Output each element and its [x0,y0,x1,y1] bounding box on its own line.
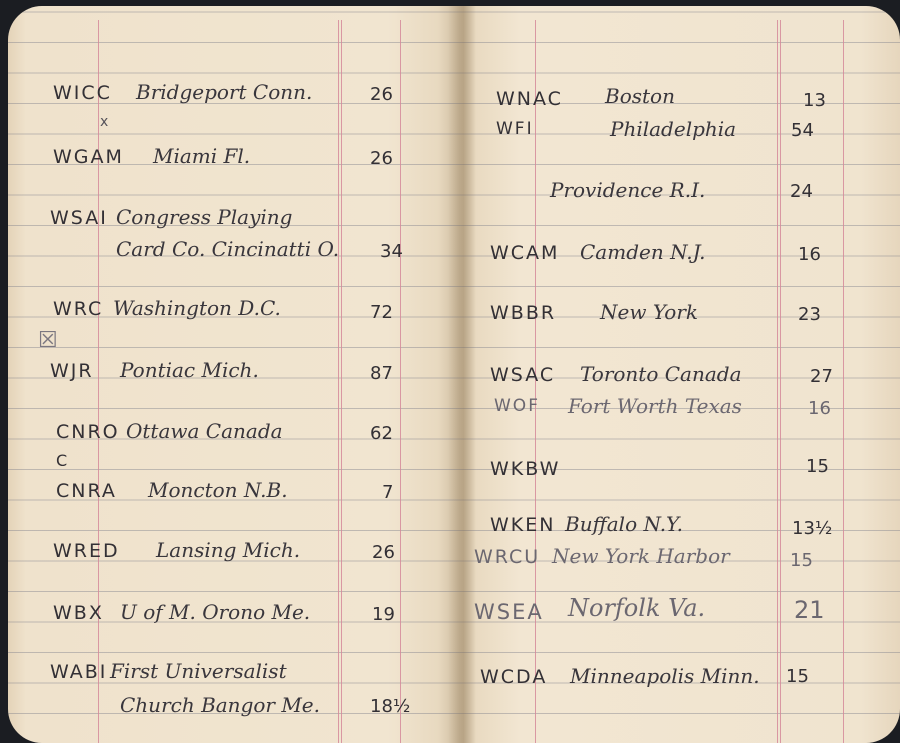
number: 24 [790,181,813,202]
call-sign: WCDA [480,666,547,688]
location: Minneapolis Minn. [570,664,760,688]
location-line2: Church Bangor Me. [120,693,320,717]
call-sign: WRED [53,540,120,562]
margin-mark-box: ☒ [38,328,58,353]
call-sign: WBBR [490,302,556,324]
number: 26 [372,542,395,563]
number: 13 [803,90,826,111]
location: New York [600,300,698,324]
location: Boston [605,84,675,108]
location: Philadelphia [610,117,736,141]
number: 15 [806,456,829,477]
call-sign: WSEA [474,600,544,624]
location: First Universalist [110,659,287,683]
location: Fort Worth Texas [568,394,742,418]
call-sign: WCAM [490,242,559,264]
column-line [780,20,781,743]
number: 18½ [370,696,410,717]
number: 16 [798,244,821,265]
call-sign: WNAC [496,88,563,110]
location: Miami Fl. [153,144,250,168]
number: 7 [382,482,393,503]
call-sign: WFI [496,119,534,139]
location: Washington D.C. [113,296,281,320]
margin-line [98,20,99,743]
location: Norfolk Va. [568,594,705,622]
call-sign: WSAI [50,207,108,229]
call-sign: WICC [53,82,112,104]
location: Toronto Canada [580,362,742,386]
call-sign: WJR [50,360,94,382]
location-line2: Card Co. Cincinatti O. [116,237,339,261]
call-sign: WSAC [490,364,555,386]
call-sign: WKEN [490,514,555,536]
location: Congress Playing [116,205,292,229]
call-sign: WKBW [490,458,560,480]
location: Bridgeport Conn. [136,80,312,104]
column-line [341,20,342,743]
location: Moncton N.B. [148,478,288,502]
call-sign: WOF [494,396,540,416]
location: Ottawa Canada [126,419,283,443]
call-sign: WBX [53,602,104,624]
call-sign: WGAM [53,146,124,168]
number: 15 [790,550,813,571]
number: 26 [370,84,393,105]
call-sign: WRCU [474,546,540,568]
column-line [843,20,844,743]
number: 87 [370,363,393,384]
number: 16 [808,398,831,419]
location: New York Harbor [552,544,730,568]
column-line [777,20,778,743]
number: 15 [786,666,809,687]
column-line [338,20,339,743]
margin-mark-x: x [100,114,108,130]
call-sign: WABI [50,661,107,683]
book-gutter [448,6,476,743]
number: 23 [798,304,821,325]
location: Providence R.I. [550,178,705,202]
number: 27 [810,366,833,387]
call-sign: CNRO [56,421,120,443]
left-page: x ☒ WICC Bridgeport Conn. 26 WGAM Miami … [8,6,460,743]
number: 21 [794,596,825,624]
call-sign: CNRA [56,480,117,502]
right-page: WNAC Boston 13 WFI Philadelphia 54 Provi… [460,6,900,743]
notebook: x ☒ WICC Bridgeport Conn. 26 WGAM Miami … [8,6,900,743]
location: Lansing Mich. [156,538,300,562]
location: Pontiac Mich. [120,358,259,382]
number: 72 [370,302,393,323]
location: Camden N.J. [580,240,705,264]
call-sign: WRC [53,298,103,320]
number: 54 [791,120,814,141]
number: 62 [370,423,393,444]
column-line [400,20,401,743]
number: 34 [380,241,403,262]
note-above: C [56,451,69,470]
number: 19 [372,604,395,625]
location: U of M. Orono Me. [120,600,310,624]
location: Buffalo N.Y. [565,512,683,536]
number: 26 [370,148,393,169]
number: 13½ [792,518,832,539]
